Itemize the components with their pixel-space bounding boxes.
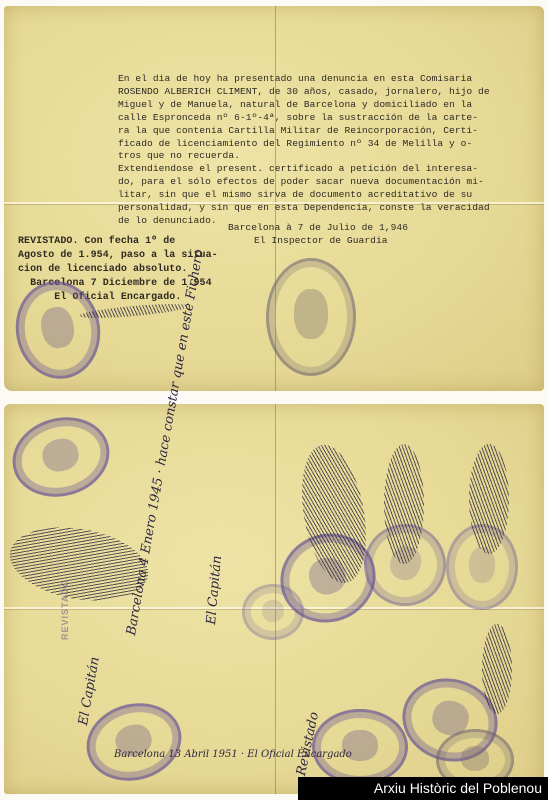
handwriting-scribble-4 [469,444,509,554]
document-page-front: En el dia de hoy ha presentado una denun… [4,6,544,391]
comisaria-stamp [266,258,356,376]
handwritten-revistado-note: Barcelona 13 Abril 1951 · El Oficial Enc… [114,749,352,760]
handwriting-scribble-3 [384,444,424,564]
signature-place-date: Barcelona à 7 de Julio de 1,946 [228,222,408,235]
revistado-vertical-stamp: REVISTADO [60,579,70,640]
handwriting-scribble-5 [482,624,512,714]
handwritten-capitan-2: El Capitán [76,656,103,727]
document-page-back: Barcelona 4 Enero 1945 · hace constar qu… [4,404,544,794]
signature-role: El Inspector de Guardia [254,235,388,248]
archive-watermark: Arxiu Històric del Poblenou [298,777,548,800]
faint-stamp [242,584,304,640]
handwritten-capitan: El Capitán [204,555,225,625]
regiment-stamp-1 [4,407,119,508]
denuncia-body-text: En el dia de hoy ha presentado una denun… [118,73,490,228]
regiment-stamp-6 [312,709,408,785]
regiment-stamp-5 [78,693,190,791]
